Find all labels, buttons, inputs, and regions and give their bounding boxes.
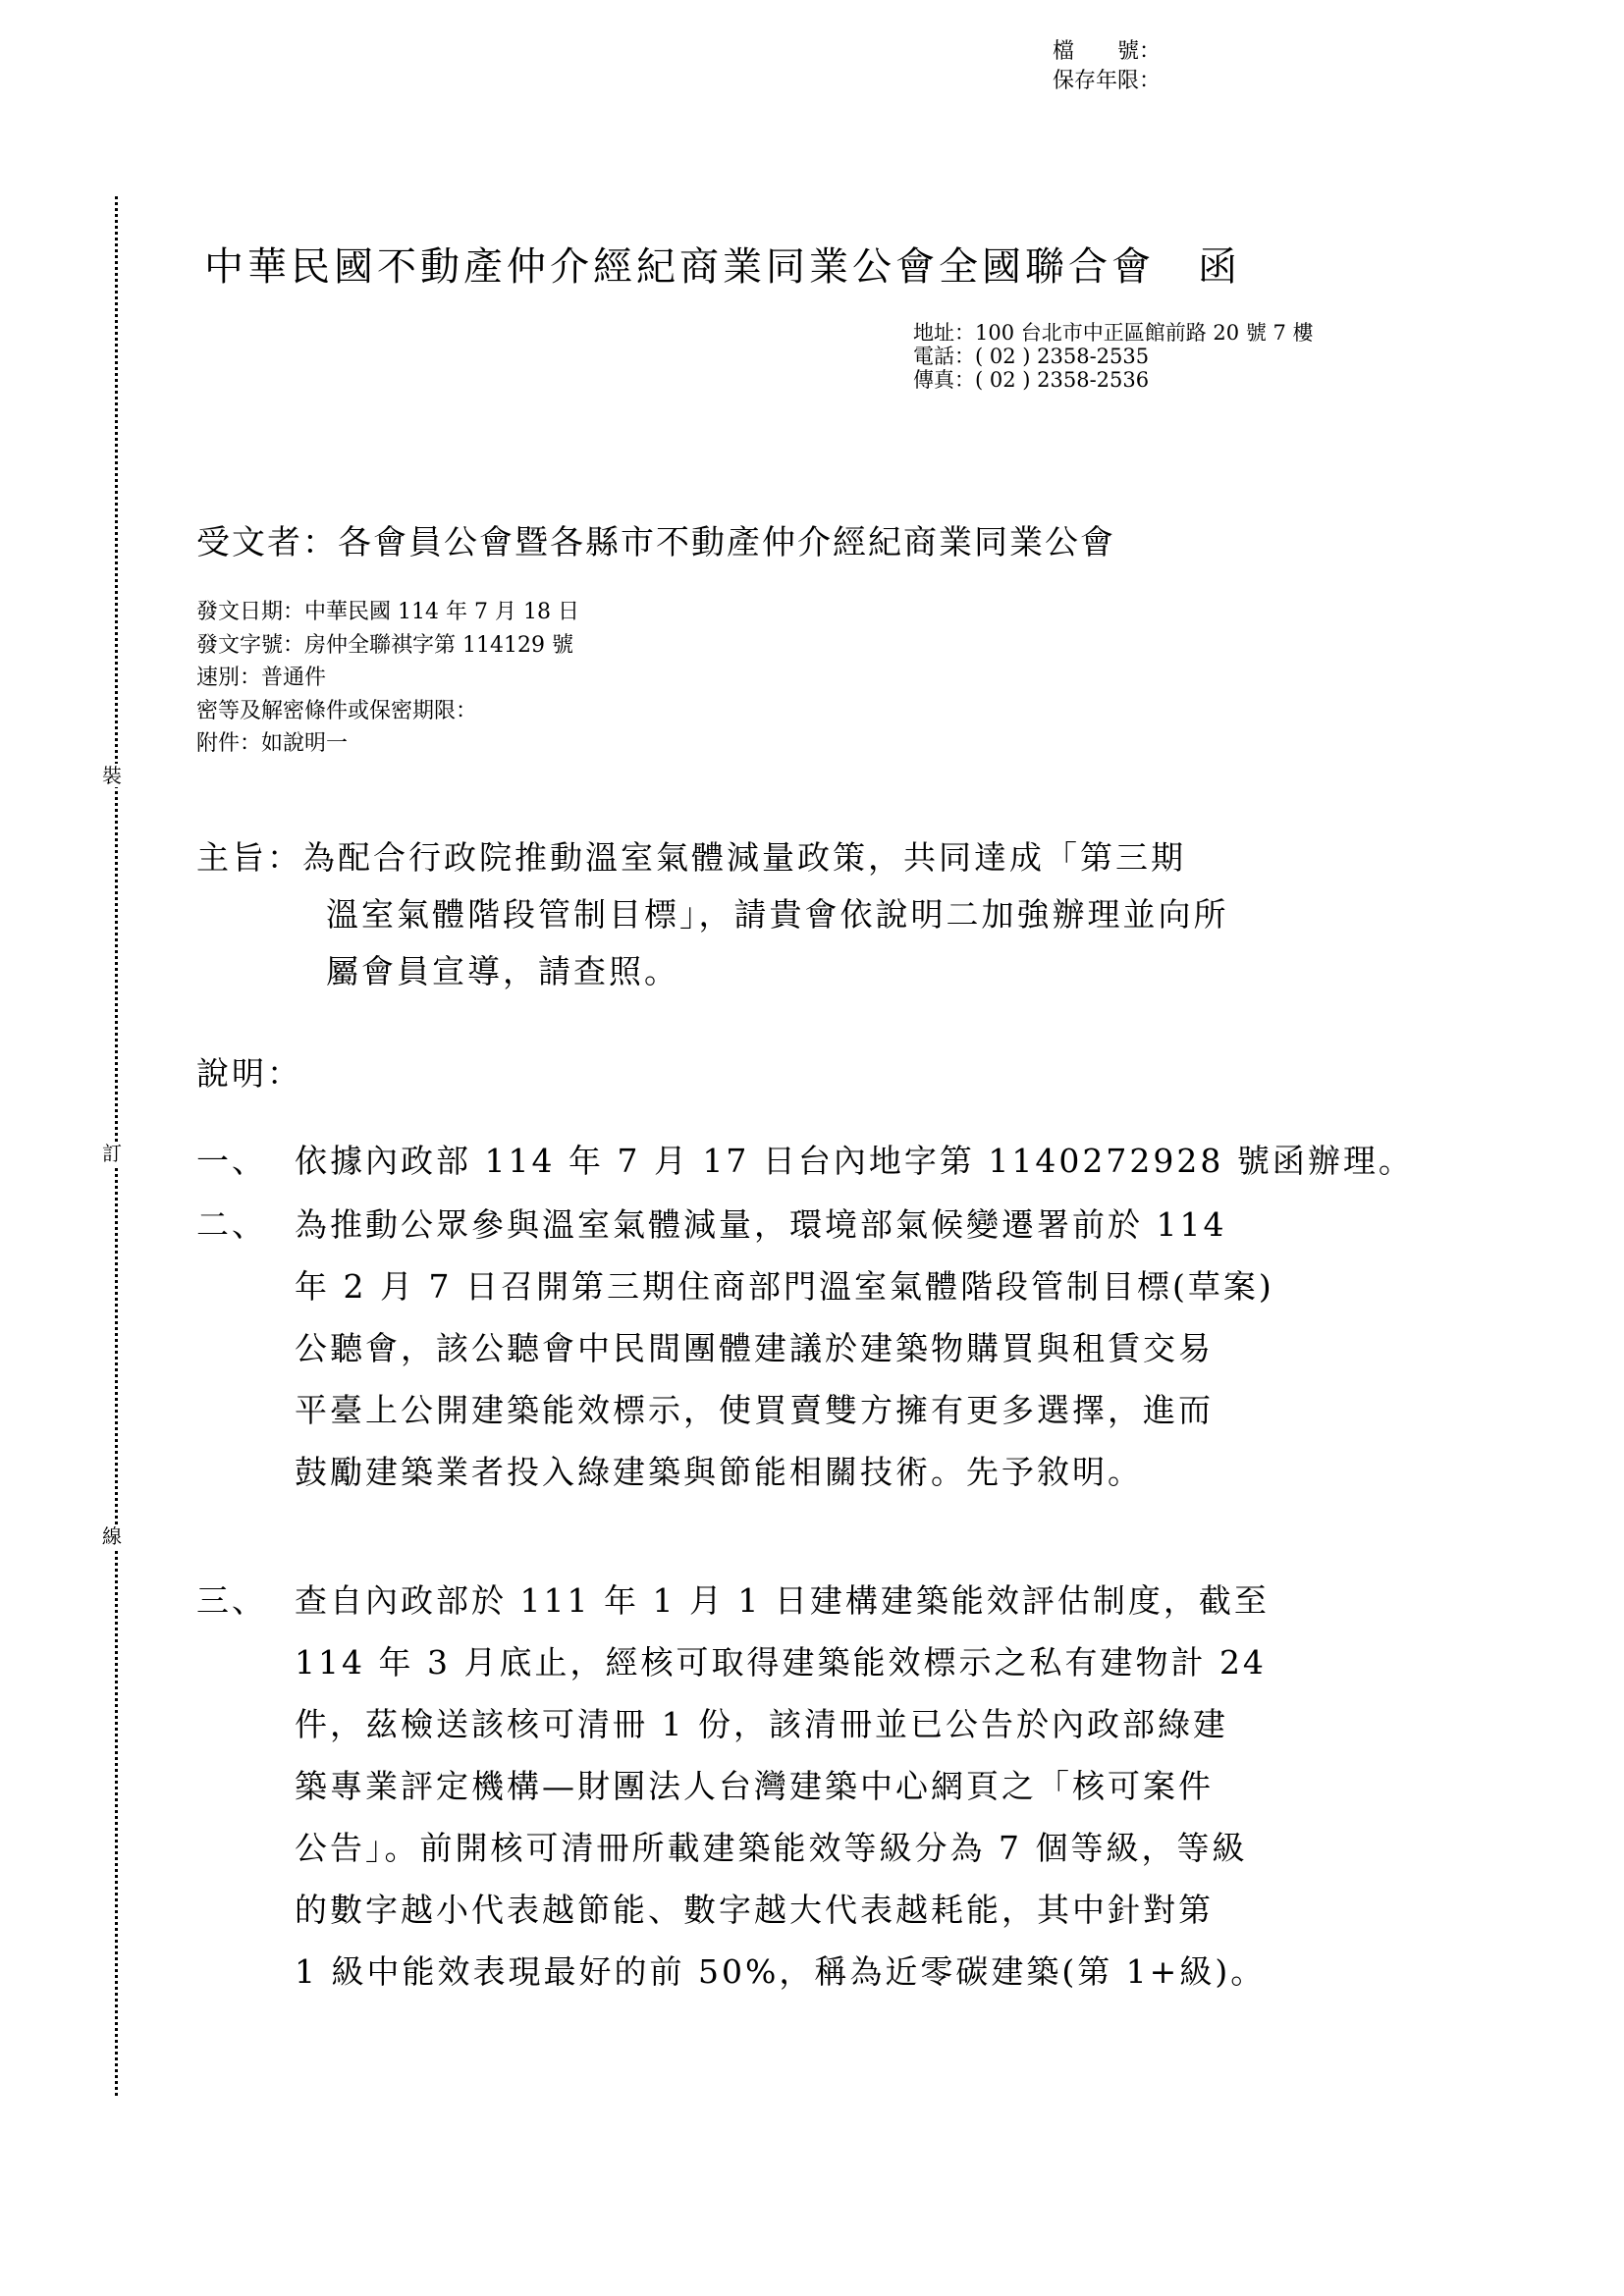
- document-number: 發文字號：房仲全聯祺字第 114129 號: [196, 629, 579, 663]
- item-line: 依據內政部 114 年 7 月 17 日台內地字第 1140272928 號函辦…: [295, 1130, 1414, 1192]
- item-number: 一、: [196, 1130, 267, 1192]
- item-line: 件，茲檢送該核可清冊 1 份，該清冊並已公告於內政部綠建: [295, 1693, 1270, 1755]
- explanation-item-1: 一、 依據內政部 114 年 7 月 17 日台內地字第 1140272928 …: [196, 1130, 1414, 1192]
- item-number: 二、: [196, 1194, 267, 1255]
- explanation-heading: 說明：: [196, 1048, 302, 1095]
- address: 地址：100 台北市中正區館前路 20 號 7 樓: [913, 321, 1314, 345]
- item-line: 的數字越小代表越節能、數字越大代表越耗能，其中針對第: [295, 1879, 1270, 1941]
- item-line: 公告」。前開核可清冊所載建築能效等級分為 7 個等級，等級: [295, 1817, 1270, 1879]
- item-line: 年 2 月 7 日召開第三期住商部門溫室氣體階段管制目標(草案): [295, 1255, 1274, 1317]
- document-type: 函: [1198, 244, 1241, 290]
- item-line: 平臺上公開建築能效標示，使買賣雙方擁有更多選擇，進而: [295, 1379, 1274, 1441]
- binding-label-xian: 線: [102, 1524, 122, 1548]
- item-line: 1 級中能效表現最好的前 50%，稱為近零碳建築(第 1+級)。: [295, 1941, 1270, 2002]
- item-line: 公聽會，該公聽會中民間團體建議於建築物購買與租賃交易: [295, 1317, 1274, 1379]
- subject-line: 主旨：為配合行政院推動溫室氣體減量政策，共同達成「第三期: [196, 829, 1229, 886]
- item-line: 築專業評定機構—財團法人台灣建築中心網頁之「核可案件: [295, 1755, 1270, 1817]
- delivery-speed: 速別：普通件: [196, 662, 579, 695]
- file-meta: 檔 號： 保存年限：: [1053, 37, 1161, 96]
- subject-line: 溫室氣體階段管制目標」，請貴會依說明二加強辦理並向所: [196, 886, 1229, 943]
- organization-name: 中華民國不動產仲介經紀商業同業公會全國聯合會: [204, 244, 1155, 290]
- document-meta: 發文日期：中華民國 114 年 7 月 18 日 發文字號：房仲全聯祺字第 11…: [196, 596, 579, 761]
- item-line: 鼓勵建築業者投入綠建築與節能相關技術。先予敘明。: [295, 1441, 1274, 1503]
- confidentiality: 密等及解密條件或保密期限：: [196, 695, 579, 728]
- item-line: 114 年 3 月底止，經核可取得建築能效標示之私有建物計 24: [295, 1631, 1270, 1693]
- retention-period-label: 保存年限：: [1053, 67, 1161, 96]
- explanation-item-3: 三、 查自內政部於 111 年 1 月 1 日建構建築能效評估制度，截至 114…: [196, 1570, 1270, 2002]
- item-line: 查自內政部於 111 年 1 月 1 日建構建築能效評估制度，截至: [295, 1570, 1270, 1631]
- subject-line: 屬會員宣導，請查照。: [196, 943, 1229, 1000]
- subject: 主旨：為配合行政院推動溫室氣體減量政策，共同達成「第三期 溫室氣體階段管制目標」…: [196, 829, 1229, 1000]
- issue-date: 發文日期：中華民國 114 年 7 月 18 日: [196, 596, 579, 629]
- item-number: 三、: [196, 1570, 267, 1631]
- file-number-label: 檔 號：: [1053, 37, 1161, 67]
- document-title: 中華民國不動產仲介經紀商業同業公會全國聯合會函: [204, 236, 1241, 292]
- binding-label-zhuang: 裝: [102, 764, 122, 787]
- attachment: 附件：如說明一: [196, 727, 579, 761]
- recipient: 受文者：各會員公會暨各縣市不動產仲介經紀商業同業公會: [196, 515, 1115, 563]
- fax: 傳真：( 02 ) 2358-2536: [913, 368, 1314, 392]
- item-line: 為推動公眾參與溫室氣體減量，環境部氣候變遷署前於 114: [295, 1194, 1274, 1255]
- phone: 電話：( 02 ) 2358-2535: [913, 345, 1314, 368]
- explanation-item-2: 二、 為推動公眾參與溫室氣體減量，環境部氣候變遷署前於 114 年 2 月 7 …: [196, 1194, 1274, 1503]
- binding-label-ding: 訂: [102, 1142, 122, 1165]
- contact-info: 地址：100 台北市中正區館前路 20 號 7 樓 電話：( 02 ) 2358…: [913, 321, 1314, 392]
